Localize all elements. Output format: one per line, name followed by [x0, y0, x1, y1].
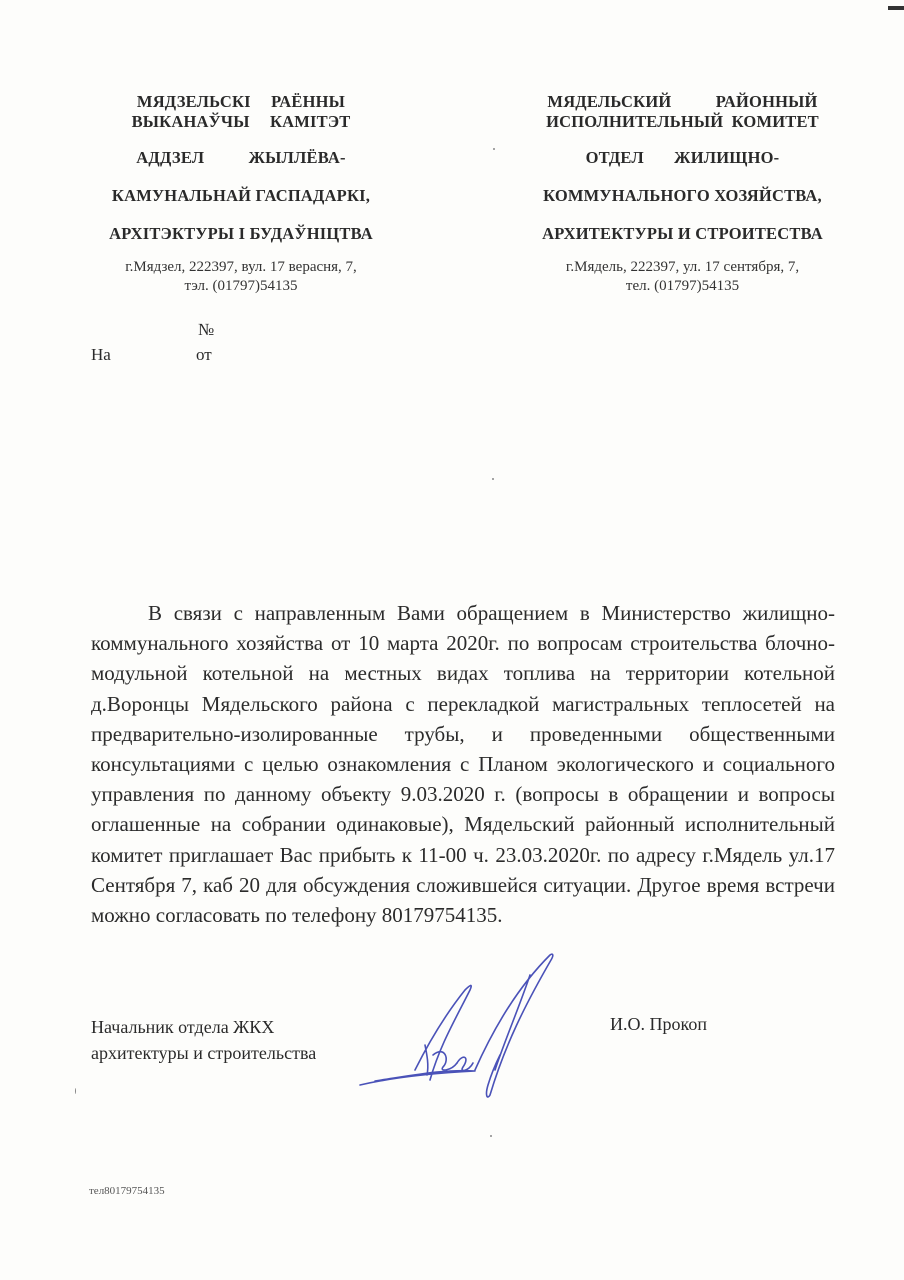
- letterhead-russian: МЯДЕЛЬСКИЙ РАЙОННЫЙ ИСПОЛНИТЕЛЬНЫЙ КОМИТ…: [515, 92, 850, 296]
- signatory-title-line1: Начальник отдела ЖКХ: [91, 1014, 316, 1040]
- handwritten-signature: [355, 945, 595, 1105]
- org-name-line2: ИСПОЛНИТЕЛЬНЫЙ КОМИТЕТ: [515, 112, 850, 132]
- org-phone: тэл. (01797)54135: [86, 277, 396, 296]
- org-phone: тел. (01797)54135: [515, 277, 850, 296]
- dept-name-line1: АДДЗЕЛ ЖЫЛЛЁВА-: [86, 148, 396, 168]
- dept-name-line2: КОММУНАЛЬНОГО ХОЗЯЙСТВА,: [515, 186, 850, 206]
- dept-name-line3: АРХІТЭКТУРЫ І БУДАЎНІЦТВА: [86, 224, 396, 244]
- scan-speck: [490, 1135, 492, 1137]
- dept-name-line3: АРХИТЕКТУРЫ И СТРОИТЕСТВА: [515, 224, 850, 244]
- reference-na-label: На: [91, 345, 111, 365]
- org-name-line1: МЯДЗЕЛЬСКІ РАЁННЫ: [86, 92, 396, 112]
- letter-body: В связи с направленным Вами обращением в…: [91, 598, 835, 930]
- letterhead-belarusian: МЯДЗЕЛЬСКІ РАЁННЫ ВЫКАНАЎЧЫ КАМІТЭТ АДДЗ…: [86, 92, 396, 296]
- letter-page: МЯДЗЕЛЬСКІ РАЁННЫ ВЫКАНАЎЧЫ КАМІТЭТ АДДЗ…: [0, 0, 904, 1280]
- org-name-line2: ВЫКАНАЎЧЫ КАМІТЭТ: [86, 112, 396, 132]
- scan-mark: [888, 6, 904, 10]
- reference-number-label: №: [198, 320, 214, 340]
- signatory-name: И.О. Прокоп: [610, 1014, 707, 1035]
- scan-speck: [493, 148, 495, 150]
- org-name-line1: МЯДЕЛЬСКИЙ РАЙОННЫЙ: [515, 92, 850, 112]
- signatory-title-line2: архитектуры и строительства: [91, 1040, 316, 1066]
- scan-speck: [492, 478, 494, 480]
- reference-ot-label: от: [196, 345, 212, 365]
- footer-phone: тел80179754135: [89, 1185, 165, 1197]
- org-address: г.Мядель, 222397, ул. 17 сентября, 7,: [515, 258, 850, 277]
- dept-name-line1: ОТДЕЛ ЖИЛИЩНО-: [515, 148, 850, 168]
- dept-name-line2: КАМУНАЛЬНАЙ ГАСПАДАРКІ,: [86, 186, 396, 206]
- org-address: г.Мядзел, 222397, вул. 17 верасня, 7,: [86, 258, 396, 277]
- scan-speck: [75, 1088, 76, 1094]
- signatory-title: Начальник отдела ЖКХ архитектуры и строи…: [91, 1014, 316, 1066]
